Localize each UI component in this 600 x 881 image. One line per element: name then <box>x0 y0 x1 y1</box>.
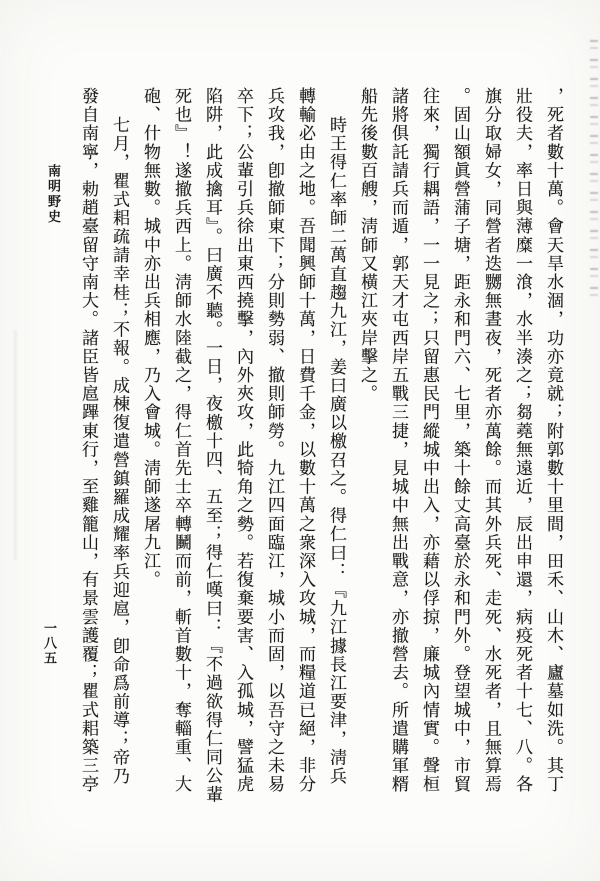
text-column-7: 船先後數百艘，淸師又橫江夾岸擊之。 <box>352 87 383 801</box>
clipped-margin-text-artifact <box>590 40 598 302</box>
text-column-6: 諸將俱託請兵而遁，郭天才屯西岸五戰三捷，見城中無出戰意，亦撤營去。所遣購軍糈 <box>383 87 414 801</box>
body-text: ，死者數十萬。會天旱水涸，功亦竟就；附郭數十里間，田禾、山木、廬墓如洗。其丁 壯… <box>73 87 569 801</box>
scan-smudge-artifact <box>14 330 17 560</box>
text-column-2: 壯役夫，率日與薄糜一湌，水半湊之；芻蕘無遠近，辰出申還，病疫死者十七、八。各 <box>507 87 538 801</box>
text-column-15-paragraph-start: 七月，瞿式耜疏請幸桂；不報。成棟復遣營鎮羅成耀率兵迎扈，卽命爲前導；帝乃 <box>104 87 135 801</box>
text-column-11: 卒下；公輩引兵徐出東西撓擊，內外夾攻，此犄角之勢。若復棄要害、入孤城，譬猛虎 <box>228 87 259 801</box>
page-number: 一八五 <box>40 621 59 666</box>
text-column-16: 發自南寧，勅趙臺留守南大。諸臣皆扈蹕東行，至雞籠山，有景雲護覆；瞿式耜築三亭 <box>73 87 104 801</box>
text-column-4: 。固山額眞營蒲子塘，距永和門六、七里，築十餘丈高臺於永和門外。登望城中，市貿 <box>445 87 476 801</box>
text-column-5: 往來，獨行耦語，一一見之；只留惠民門縱城中出入，亦藉以俘掠，廉城內情實。聲桓 <box>414 87 445 801</box>
text-column-3: 旗分取婦女，同營者迭嬲無晝夜，死者亦萬餘。而其外兵死、走死、水死者，且無算焉 <box>476 87 507 801</box>
text-column-13: 死也』！遂撤兵西上。淸師水陸截之，得仁首先士卒轉鬭而前，斬首數十，奪輜重、大 <box>166 87 197 801</box>
text-column-12: 陷阱，此成擒耳』。曰廣不聽。一日，夜檄十四、五至；得仁嘆曰：『不過欲得仁同公輩 <box>197 87 228 801</box>
scan-page: ，死者數十萬。會天旱水涸，功亦竟就；附郭數十里間，田禾、山木、廬墓如洗。其丁 壯… <box>0 0 600 881</box>
text-column-8-paragraph-start: 時王得仁率師二萬直趨九江，姜曰廣以檄召之。得仁曰：『九江據長江要津，淸兵 <box>321 87 352 801</box>
text-column-1: ，死者數十萬。會天旱水涸，功亦竟就；附郭數十里間，田禾、山木、廬墓如洗。其丁 <box>538 87 569 801</box>
book-title: 南明野史 <box>44 164 63 225</box>
text-column-14: 砲、什物無數。城中亦出兵相應，乃入會城。淸師遂屠九江。 <box>135 87 166 801</box>
text-column-10: 兵攻我，卽撤師東下；分則勢弱、撤則師勞。九江四面臨江，城小而固，以吾守之未易 <box>259 87 290 801</box>
text-column-9: 轉輸必由之地。吾聞興師十萬，日費千金，以數十萬之衆深入攻城，而糧道已絕，非分 <box>290 87 321 801</box>
